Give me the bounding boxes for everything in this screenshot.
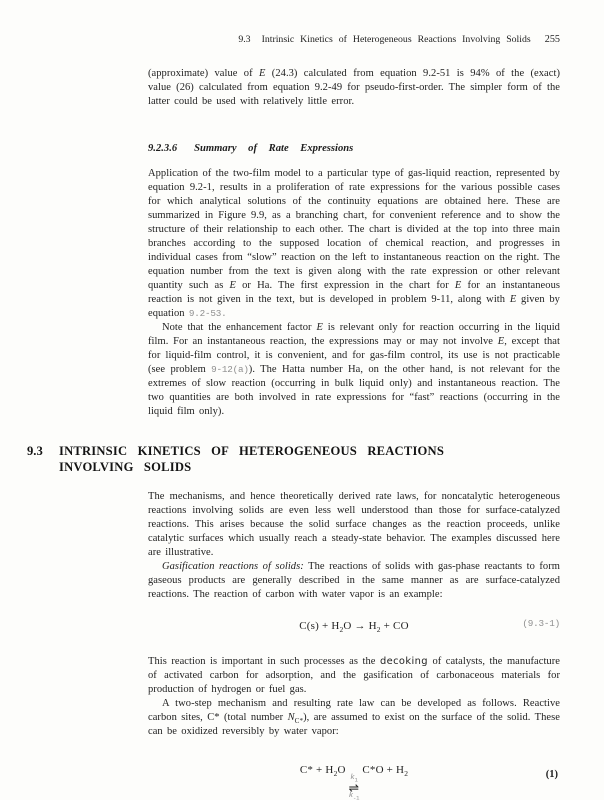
section-title-line2: INVOLVING SOLIDS (59, 460, 191, 474)
equation-number-1: (1) (546, 769, 558, 780)
equation-left-side: C* + H2O (300, 764, 346, 776)
paragraph-approximate-value: (approximate) value of E (24.3) calculat… (148, 67, 560, 109)
equilibrium-arrows: k1⇌k-1 (349, 775, 360, 800)
paragraph-two-step-mechanism: A two-step mechanism and resulting rate … (148, 697, 560, 739)
equation-reversible-oxidation: C* + H2Ok1⇌k-1C*O + H2 (1) (148, 760, 560, 800)
page-number: 255 (545, 34, 560, 45)
running-head-section-number: 9.3 (238, 34, 250, 45)
paragraph-decoking: This reaction is important in such proce… (148, 655, 560, 697)
section-number: 9.3 (27, 444, 49, 475)
section-heading-intrinsic-kinetics: 9.3 INTRINSIC KINETICS OF HETEROGENEOUS … (27, 444, 560, 475)
equation-number-9-3-1: (9.3-1) (522, 618, 560, 629)
paragraph-gasification: Gasification reactions of solids: The re… (148, 560, 560, 602)
paragraph-enhancement-factor: Note that the enhancement factor E is re… (148, 321, 560, 419)
document-page: 9.3 Intrinsic Kinetics of Heterogeneous … (0, 0, 604, 800)
section-title-line1: INTRINSIC KINETICS OF HETEROGENEOUS REAC… (59, 444, 444, 458)
equation-carbon-steam: C(s) + H2O → H2 + CO (9.3-1) (148, 616, 560, 634)
equation-carbon-steam-formula: C(s) + H2O → H2 + CO (299, 620, 408, 632)
subsection-number: 9.2.3.6 (148, 143, 177, 154)
running-head-title: Intrinsic Kinetics of Heterogeneous Reac… (262, 34, 531, 45)
paragraph-mechanisms: The mechanisms, and hence theoretically … (148, 490, 560, 560)
subsection-heading-rate-expressions: 9.2.3.6 Summary of Rate Expressions (148, 143, 560, 154)
subsection-title: Summary of Rate Expressions (194, 143, 353, 154)
paragraph-two-film-model: Application of the two-film model to a p… (148, 167, 560, 321)
body-column: The mechanisms, and hence theoretically … (148, 490, 560, 602)
body-column: Application of the two-film model to a p… (148, 167, 560, 419)
equation-reversible-oxidation-formula: C* + H2Ok1⇌k-1C*O + H2 (300, 764, 408, 776)
section-title: INTRINSIC KINETICS OF HETEROGENEOUS REAC… (59, 444, 444, 475)
reverse-rate-constant: k-1 (349, 793, 360, 800)
equation-right-side: C*O + H2 (362, 764, 408, 776)
body-column: This reaction is important in such proce… (148, 655, 560, 739)
running-head: 9.3 Intrinsic Kinetics of Heterogeneous … (27, 34, 560, 45)
body-column: (approximate) value of E (24.3) calculat… (148, 67, 560, 109)
